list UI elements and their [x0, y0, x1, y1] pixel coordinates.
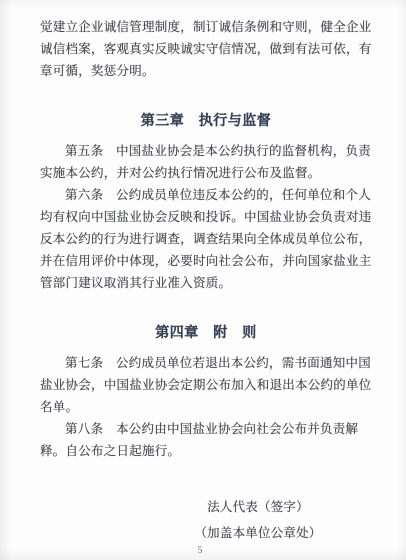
chapter-heading: 第三章 执行与监督 [40, 111, 372, 133]
text-line: 第七条 公约成员单位若退出本公约，需书面通知中国 [40, 352, 372, 374]
chapter-heading: 第四章 附 则 [40, 323, 372, 345]
text-line: 第八条 本公约由中国盐业协会向社会公布并负责解 [40, 418, 372, 440]
page-number: 5 [0, 545, 400, 555]
text-line: 并在信用评价中体现，必要时向社会公布，并向国家盐业主 [40, 250, 372, 272]
text-line: 释。自公布之日起施行。 [40, 440, 372, 462]
document-page: 觉建立企业诚信管理制度，制订诚信条例和守则，健全企业诚信档案，客观真实反映诚实守… [0, 0, 406, 560]
signature-block: 法人代表（签字） （加盖本单位公章处） [40, 494, 372, 546]
text-line: 管部门建议取消其行业准入资质。 [40, 272, 372, 294]
text-line: 章可循，奖惩分明。 [40, 60, 372, 82]
signature-stamp-note: （加盖本单位公章处） [144, 520, 372, 546]
document-body: 觉建立企业诚信管理制度，制订诚信条例和守则，健全企业诚信档案，客观真实反映诚实守… [40, 16, 372, 462]
text-line: 实施本公约，并对公约执行情况进行公布及监督。 [40, 162, 372, 184]
text-line: 诚信档案，客观真实反映诚实守信情况，做到有法可依，有 [40, 38, 372, 60]
text-line: 第六条 公约成员单位违反本公约的，任何单位和个人 [40, 184, 372, 206]
signature-line: 法人代表（签字） [144, 494, 372, 520]
text-line: 名单。 [40, 396, 372, 418]
text-line: 盐业协会，中国盐业协会定期公布加入和退出本公约的单位 [40, 374, 372, 396]
text-line: 反本公约的行为进行调查，调查结果向全体成员单位公布， [40, 228, 372, 250]
document-content: 觉建立企业诚信管理制度，制订诚信条例和守则，健全企业诚信档案，客观真实反映诚实守… [40, 16, 372, 546]
text-line: 第五条 中国盐业协会是本公约执行的监督机构，负责 [40, 140, 372, 162]
text-line: 均有权向中国盐业协会反映和投诉。中国盐业协会负责对违 [40, 206, 372, 228]
text-line: 觉建立企业诚信管理制度，制订诚信条例和守则，健全企业 [40, 16, 372, 38]
